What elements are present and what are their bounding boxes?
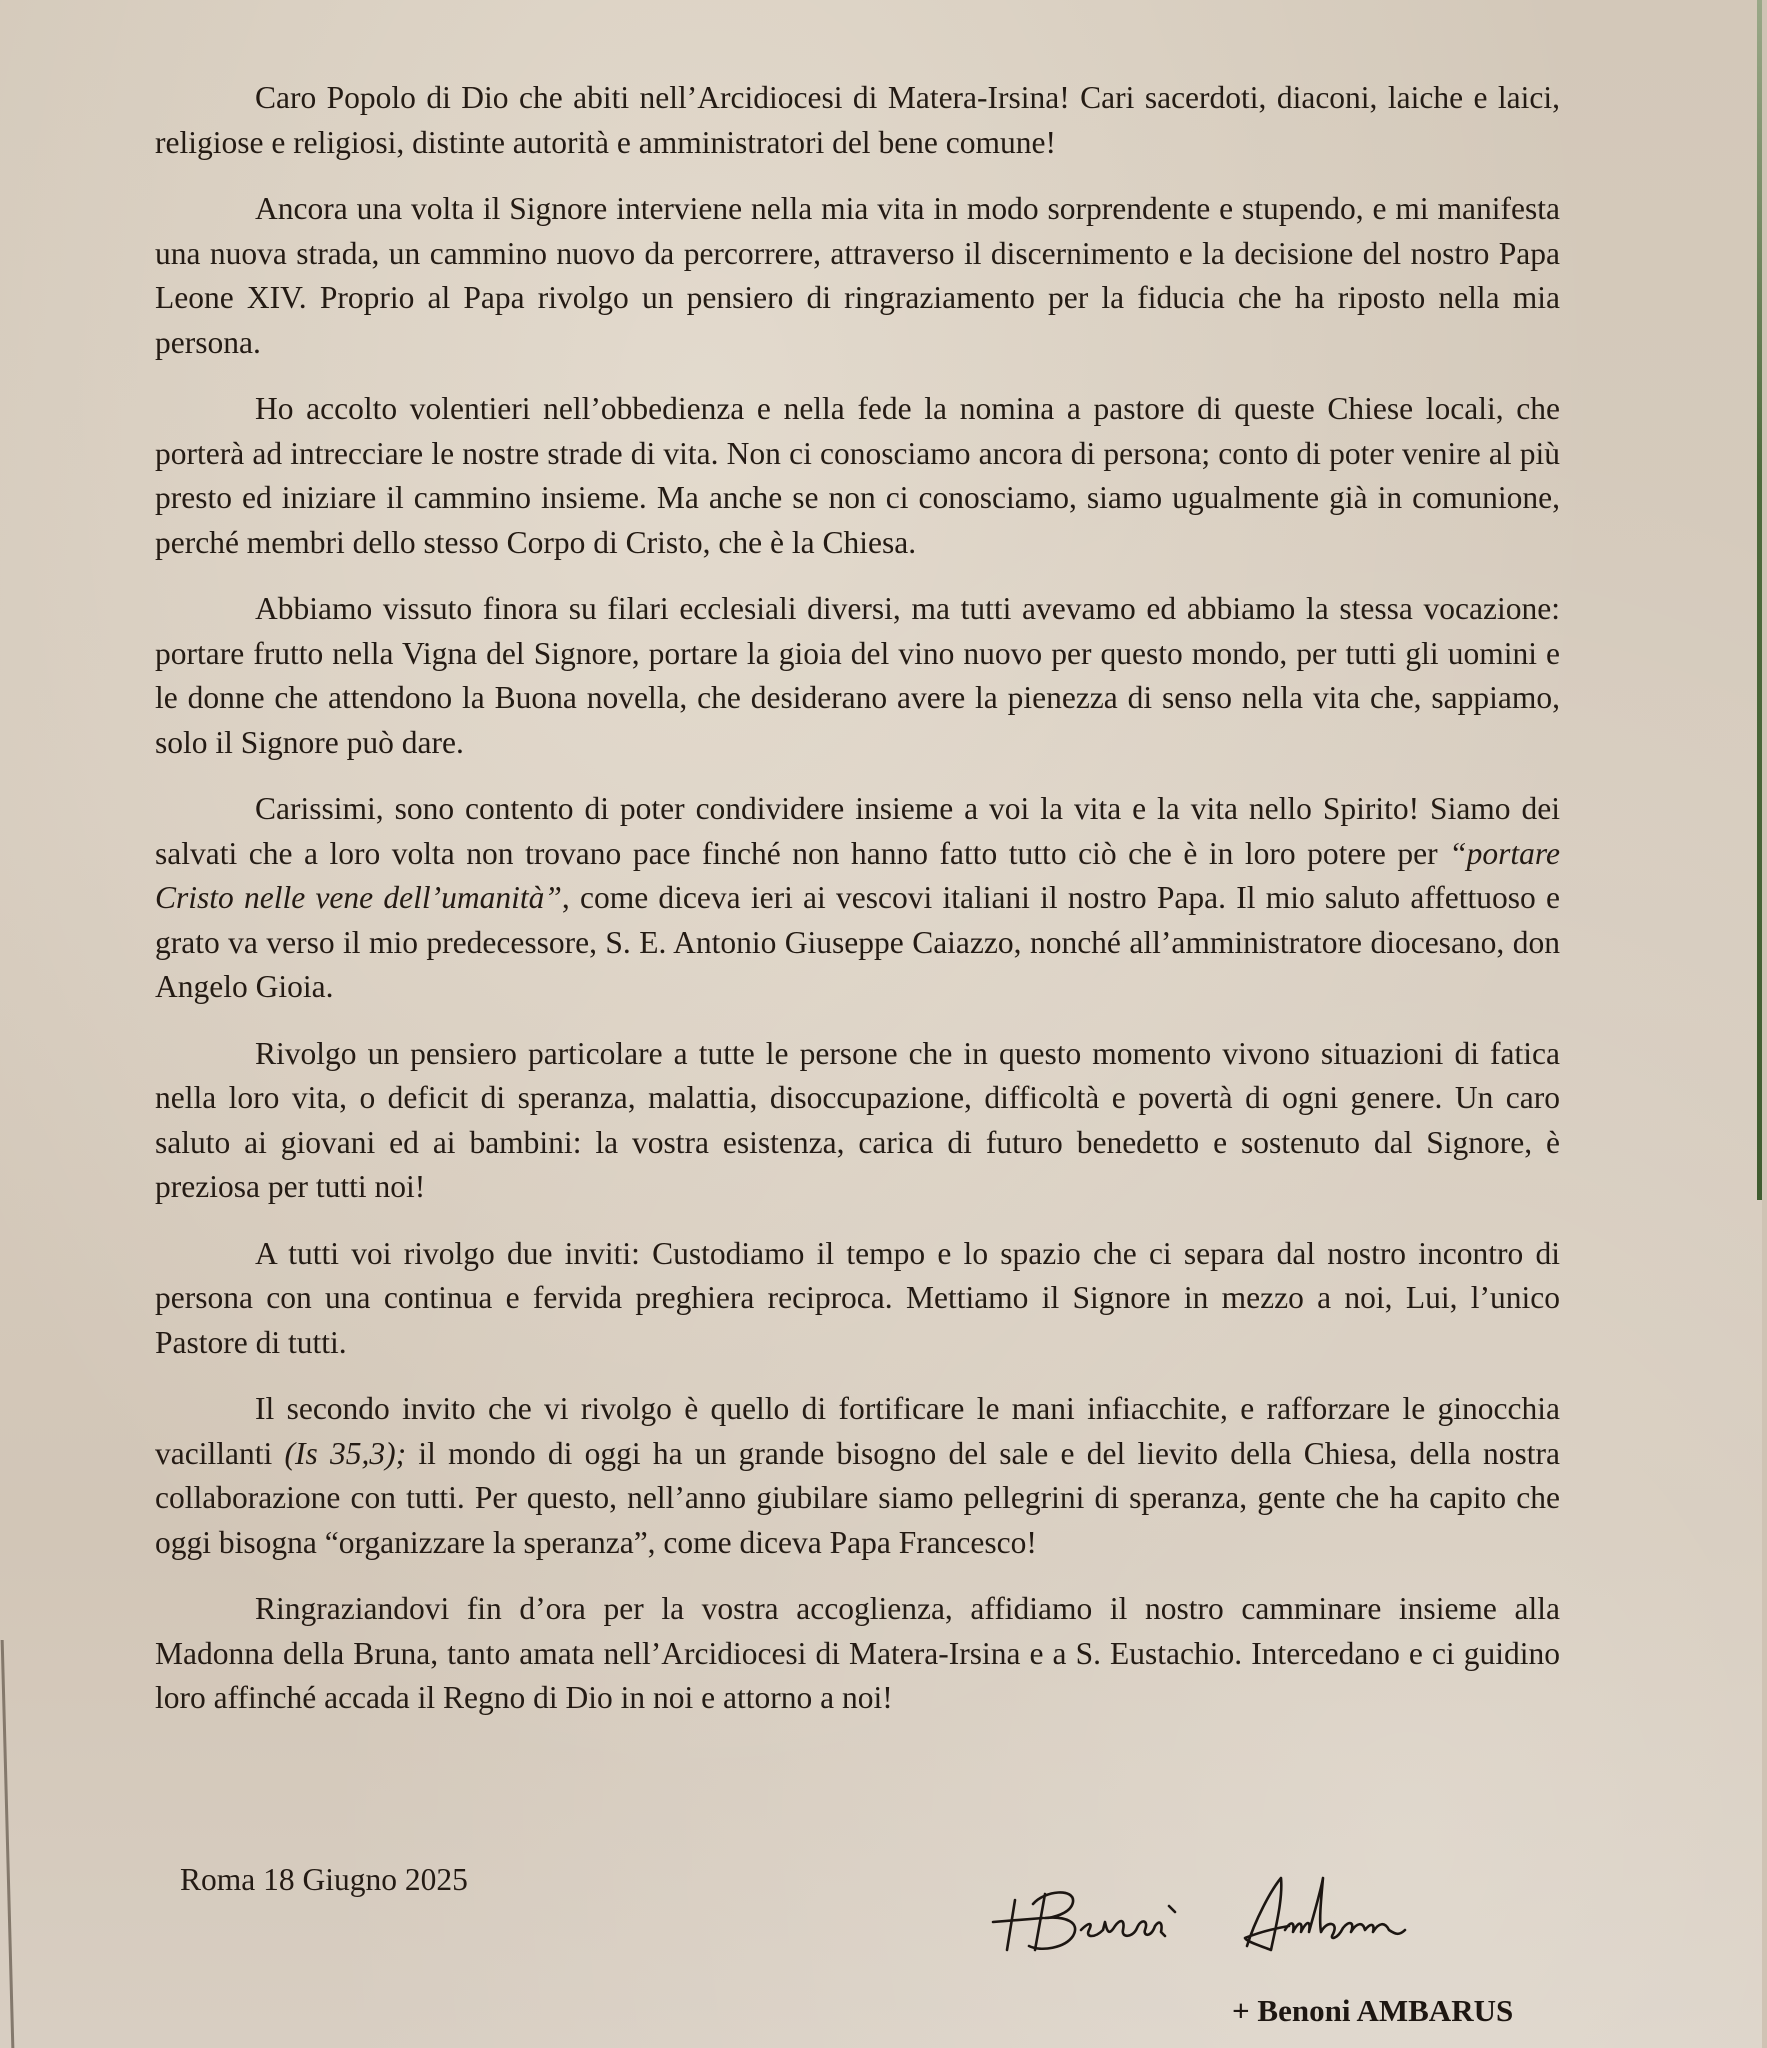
signature-icon [985, 1860, 1545, 1970]
paragraph-carissimi-before: Carissimi, sono contento di poter condiv… [155, 791, 1560, 871]
signer-name: + Benoni AMBARUS [1232, 1993, 1513, 2029]
green-border-edge [1757, 0, 1762, 1200]
paragraph-second-invitation: Il secondo invito che vi rivolgo è quell… [155, 1387, 1560, 1565]
paragraph-carissimi: Carissimi, sono contento di poter condiv… [155, 787, 1560, 1010]
paragraph-new-path: Ancora una volta il Signore interviene n… [155, 187, 1560, 365]
letter-paper: Caro Popolo di Dio che abiti nell’Arcidi… [0, 0, 1762, 2048]
paragraph-vocation: Abbiamo vissuto finora su filari ecclesi… [155, 587, 1560, 765]
handwritten-signature [985, 1860, 1545, 1970]
paragraph-thanks: Ringraziandovi fin d’ora per la vostra a… [155, 1587, 1560, 1721]
paragraph-thought: Rivolgo un pensiero particolare a tutte … [155, 1032, 1560, 1210]
paragraph-first-invitation: A tutti voi rivolgo due inviti: Custodia… [155, 1232, 1560, 1366]
letter-body: Caro Popolo di Dio che abiti nell’Arcidi… [155, 76, 1560, 1743]
paragraph-obedience: Ho accolto volentieri nell’obbedienza e … [155, 387, 1560, 565]
letter-date: Roma 18 Giugno 2025 [180, 1862, 468, 1898]
paragraph-greeting: Caro Popolo di Dio che abiti nell’Arcidi… [155, 76, 1560, 165]
paper-fold-edge [1, 1640, 15, 2048]
scripture-reference: (Is 35,3); [284, 1436, 406, 1471]
